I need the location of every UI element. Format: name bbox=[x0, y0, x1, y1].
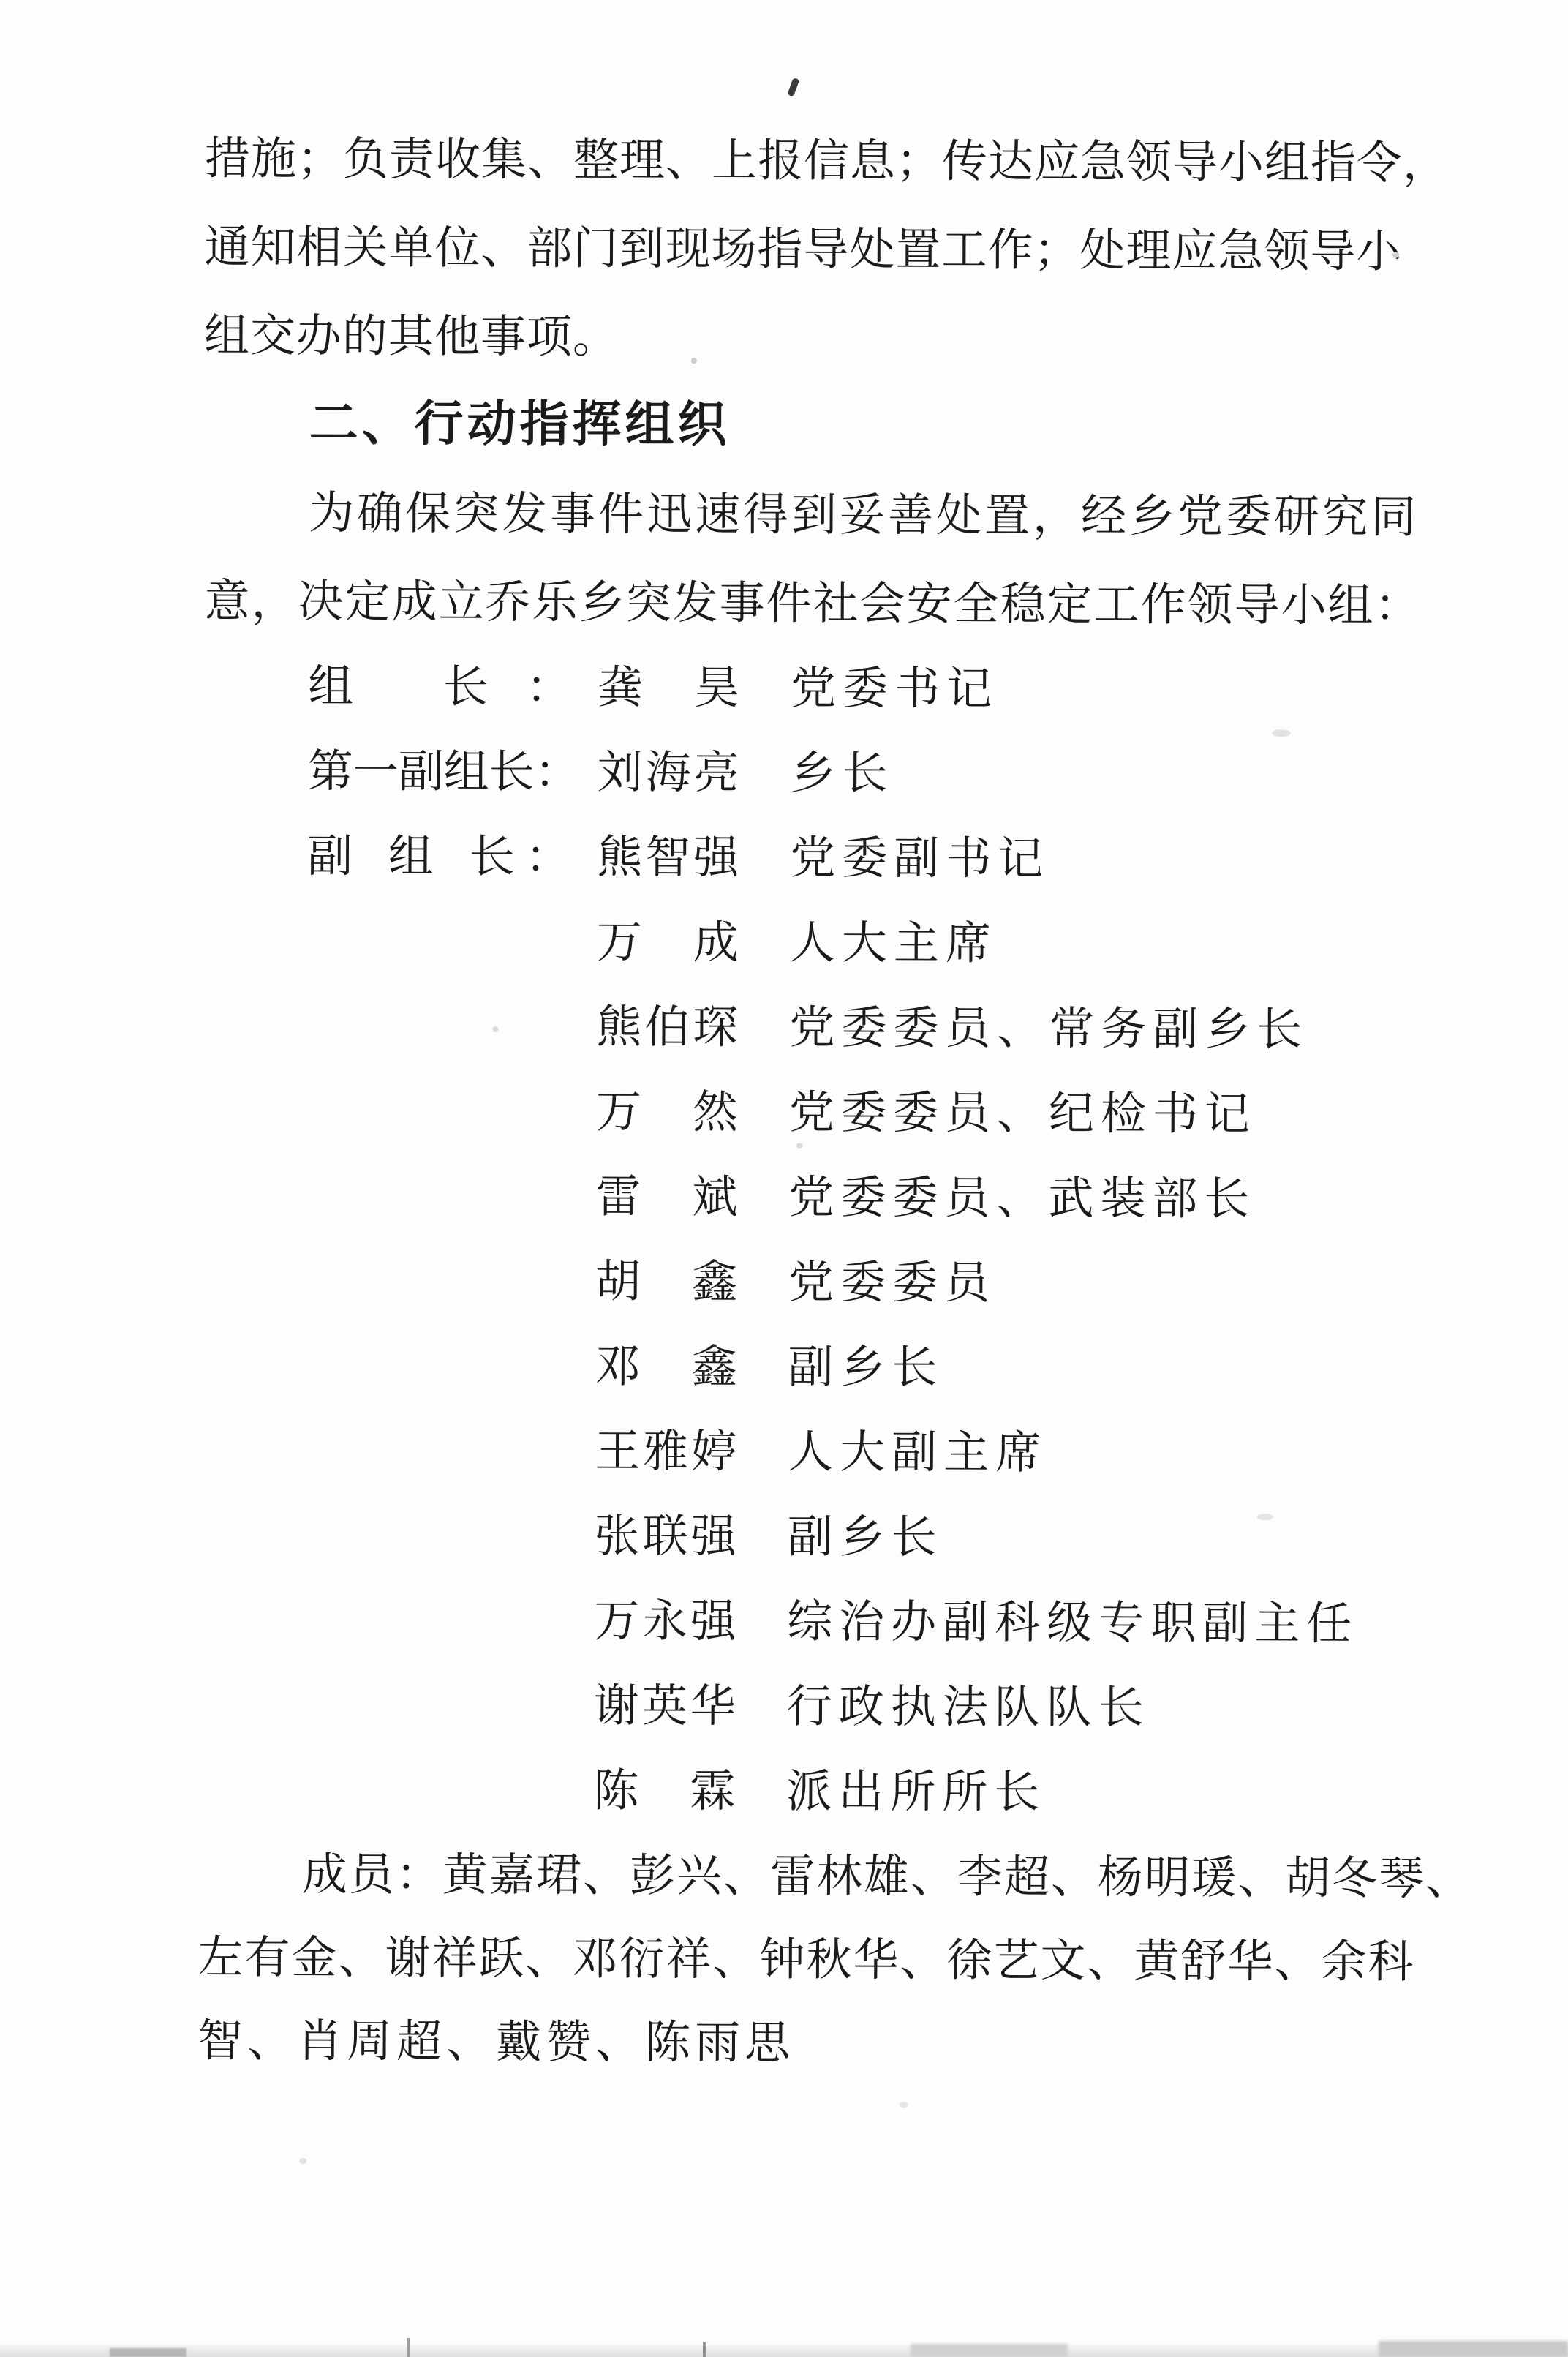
roster-label bbox=[307, 915, 570, 916]
roster-row: 陈 霖 派出所所长 bbox=[0, 1762, 1561, 1819]
roster-row: 万永强 综治办副科级专职副主任 bbox=[0, 1593, 1562, 1650]
roster-role: 党委委员、武装部长 bbox=[788, 1172, 1256, 1225]
roster-label: 副 组 长： bbox=[307, 830, 570, 882]
roster-name: 熊智强 bbox=[597, 832, 739, 884]
roster-name: 陈 霖 bbox=[593, 1765, 735, 1817]
roster-label bbox=[304, 1594, 568, 1595]
roster-name: 王雅婷 bbox=[595, 1426, 736, 1478]
roster-role: 副乡长 bbox=[788, 1511, 943, 1563]
scan-speck bbox=[1272, 729, 1291, 737]
roster-role: 党委书记 bbox=[791, 663, 998, 715]
paragraph-line: 组交办的其他事项。 bbox=[204, 310, 619, 363]
roster-row: 王雅婷 人大副主席 bbox=[0, 1423, 1563, 1480]
roster-row: 邓 鑫 副乡长 bbox=[0, 1338, 1564, 1395]
roster-label bbox=[305, 1509, 568, 1510]
roster-name: 刘海亮 bbox=[598, 747, 739, 799]
paragraph-line: 措施；负责收集、整理、上报信息；传达应急领导小组指令， bbox=[205, 133, 1449, 189]
section-heading: 二、行动指挥组织 bbox=[309, 397, 730, 450]
roster-row: 副 组 长： 熊智强 党委副书记 bbox=[0, 829, 1565, 886]
member-line: 左有金、谢祥跃、邓衍祥、钟秋华、徐艺文、黄舒华、余科 bbox=[197, 1932, 1414, 1988]
roster-name: 胡 鑫 bbox=[595, 1256, 737, 1308]
scan-edge-strip bbox=[0, 2345, 1568, 2357]
scan-speck bbox=[900, 2102, 908, 2108]
scan-speck bbox=[691, 358, 697, 364]
roster-name: 邓 鑫 bbox=[595, 1341, 736, 1393]
roster-role: 副乡长 bbox=[788, 1342, 943, 1394]
roster-name: 万 成 bbox=[597, 917, 739, 969]
roster-name: 谢英华 bbox=[594, 1680, 736, 1732]
roster-role: 党委委员、常务副乡长 bbox=[789, 1002, 1308, 1056]
member-line: 智、肖周超、戴赞、陈雨思 bbox=[197, 2015, 794, 2069]
roster-row: 雷 斌 党委委员、武装部长 bbox=[0, 1168, 1564, 1225]
roster-label bbox=[307, 1000, 570, 1001]
roster-role: 派出所所长 bbox=[786, 1766, 1046, 1818]
roster-row: 谢英华 行政执法队队长 bbox=[0, 1677, 1562, 1734]
intro-line: 意，决定成立乔乐乡突发事件社会安全稳定工作领导小组： bbox=[204, 576, 1421, 631]
roster-name: 张联强 bbox=[595, 1511, 736, 1563]
scan-speck bbox=[299, 2158, 306, 2164]
scan-edge-mark bbox=[911, 2344, 1068, 2357]
scan-speck bbox=[787, 78, 799, 97]
roster-row: 张联强 副乡长 bbox=[0, 1508, 1563, 1565]
scan-speck bbox=[796, 1143, 803, 1149]
roster-label bbox=[306, 1170, 570, 1170]
scan-speck bbox=[492, 1026, 498, 1032]
roster-label bbox=[304, 1764, 568, 1764]
roster-row: 万 然 党委委员、纪检书记 bbox=[0, 1083, 1564, 1140]
intro-line: 为确保突发事件迅速得到妥善处置，经乡党委研究同 bbox=[309, 487, 1419, 543]
roster-role: 党委副书记 bbox=[790, 832, 1049, 884]
scan-speck bbox=[1392, 252, 1399, 258]
roster-role: 人大主席 bbox=[790, 917, 998, 969]
roster-label: 第一副组长： bbox=[308, 745, 571, 797]
roster-name: 万永强 bbox=[594, 1595, 736, 1647]
member-line: 成员：黄嘉珺、彭兴、雷林雄、李超、杨明瑗、胡冬琴、 bbox=[302, 1849, 1472, 1904]
roster-label bbox=[304, 1679, 568, 1680]
roster-name: 万 然 bbox=[596, 1086, 738, 1138]
paragraph-line: 通知相关单位、部门到现场指导处置工作；处理应急领导小 bbox=[204, 222, 1402, 277]
document-page: 措施；负责收集、整理、上报信息；传达应急领导小组指令， 通知相关单位、部门到现场… bbox=[0, 0, 1568, 2357]
scan-speck bbox=[1257, 1514, 1273, 1520]
roster-row: 组 长： 龚 昊 党委书记 bbox=[0, 659, 1566, 716]
roster-label bbox=[306, 1085, 570, 1086]
roster-role: 党委委员、纪检书记 bbox=[789, 1087, 1256, 1140]
roster-label bbox=[306, 1339, 569, 1340]
roster-row: 万 成 人大主席 bbox=[0, 914, 1565, 971]
roster-label: 组 长： bbox=[308, 661, 571, 713]
roster-row: 熊伯琛 党委委员、常务副乡长 bbox=[0, 999, 1565, 1056]
scan-edge-mark bbox=[1379, 2341, 1568, 2357]
scan-edge-mark bbox=[703, 2342, 706, 2357]
roster-row: 第一副组长： 刘海亮 乡长 bbox=[0, 744, 1566, 801]
roster-name: 龚 昊 bbox=[598, 662, 739, 714]
roster-role: 党委委员 bbox=[788, 1257, 996, 1309]
scan-edge-mark bbox=[407, 2338, 410, 2357]
roster-name: 熊伯琛 bbox=[596, 1001, 738, 1053]
roster-role: 乡长 bbox=[791, 748, 894, 800]
roster-role: 行政执法队队长 bbox=[787, 1681, 1150, 1734]
scan-edge-mark bbox=[110, 2348, 186, 2357]
roster-role: 综治办副科级专职副主任 bbox=[787, 1596, 1358, 1650]
roster-row: 胡 鑫 党委委员 bbox=[0, 1253, 1564, 1310]
roster-role: 人大副主席 bbox=[788, 1426, 1047, 1478]
roster-label bbox=[306, 1255, 569, 1255]
scanned-sheet: 措施；负责收集、整理、上报信息；传达应急领导小组指令， 通知相关单位、部门到现场… bbox=[0, 0, 1568, 2357]
roster-name: 雷 斌 bbox=[595, 1171, 737, 1223]
roster-label bbox=[305, 1424, 568, 1425]
